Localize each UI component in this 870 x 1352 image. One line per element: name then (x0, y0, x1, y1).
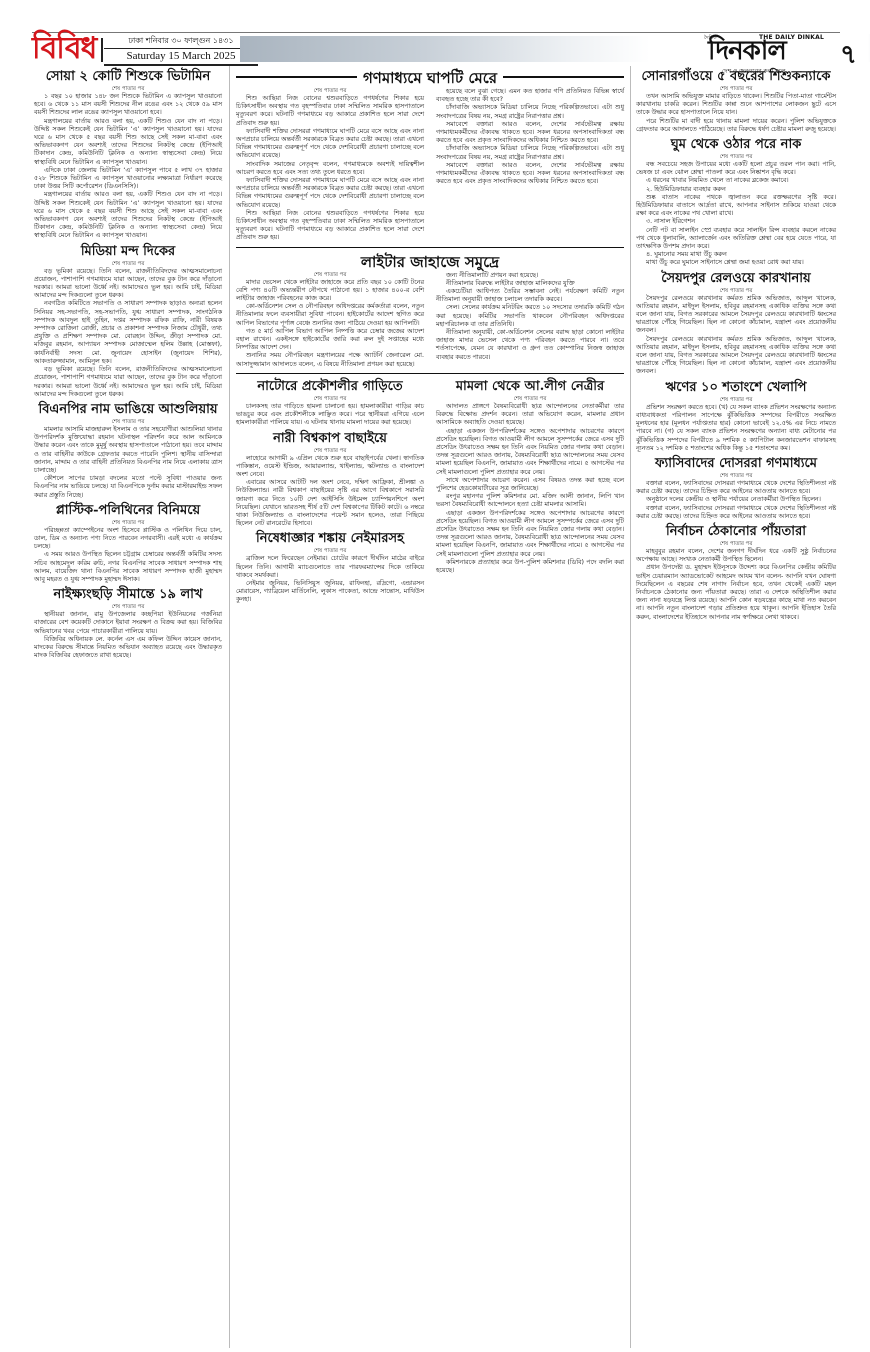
paragraph: নেটি পট বা সালাইন স্প্রে ব্যবহার করে সাল… (636, 227, 836, 252)
article-headline: নারী বিশ্বকাপ বাছাইয়ে (236, 430, 424, 448)
paragraph: নেইমার জুনিয়র, ভিনিসিয়ুস জুনিয়র, রাফি… (236, 580, 424, 605)
article-headline: বিএনপির নাম ভাঙিয়ে আশুলিয়ায় (34, 401, 222, 419)
article-headline: নিষেধাজ্ঞার শঙ্কায় নেইমারসহ (236, 530, 424, 548)
continued-label: শেষ পাতার পর (34, 261, 222, 268)
column-divider (630, 66, 631, 1348)
article-body: আদালত প্রাঙ্গণে বৈষম্যবিরোধী ছাত্র আন্দো… (436, 403, 624, 575)
paragraph: মাহবুবুর রহমান বলেন, দেশের জনগণ দীর্ঘদিন… (636, 548, 836, 564)
paragraph: সৈয়দপুর রেলওয়ে কারখানায় কর্মরত শ্রমিক… (636, 336, 836, 377)
article-sonargaon: সোনারগাঁওয়ে ৫ বছরের শিশুকন্যাকে শেষ পাত… (636, 68, 836, 134)
article-body: স্থানীয়রা জানান, রামু উপজেলার কচ্ছপিয়া… (34, 611, 222, 660)
article-loan-default: ঋণের ১০ শতাংশে খেলাপি শেষ পাতার পর প্রভি… (636, 379, 836, 453)
left-column: সোয়া ২ কোটি শিশুকে ভিটামিন শেষ পাতার পর… (34, 66, 222, 660)
article-body: মামলার আসামি মাজহারুল ইসলাম ও তার সহযোগী… (34, 426, 222, 500)
article-plastic: প্লাস্টিক-পলিথিনের বিনিময়ে শেষ পাতার পর… (34, 502, 222, 584)
article-headline: ফ্যাসিবাদের দোসররা গণমাধ্যমে (636, 455, 836, 473)
paragraph: সেল। সেলের কার্যক্রম মনিটরিং করতে ১০ সদস… (436, 304, 624, 329)
article-vitamin: সোয়া ২ কোটি শিশুকে ভিটামিন শেষ পাতার পর… (34, 68, 222, 241)
section-logo: বিবিধ (32, 34, 96, 64)
paragraph: কো-অর্ডিনেশন সেল ও নৌপরিবহন অধিদপ্তরের ক… (236, 303, 424, 328)
subheading: ৩. নাসাল ইরিগেশন (636, 218, 836, 226)
article-media-infiltration: গণমাধ্যমে ঘাপটি মেরে শেষ পাতার পর শিশু আ… (236, 66, 624, 243)
article-headline: মামলা থেকে আ.লীগ নেত্রীর (436, 378, 624, 396)
paragraph: সাংবাদিক সমাজের নেতৃবৃন্দ বলেন, গণমাধ্যম… (236, 161, 424, 177)
paragraph: ব্রাজিল দলে ফিরেছেন নেইমার। চোটের কারণে … (236, 555, 424, 580)
continued-label: শেষ পাতার পর (34, 86, 222, 93)
page-number: ৭ (840, 34, 857, 78)
headline-rule (503, 76, 624, 78)
article-nasal-congestion: ঘুম থেকে ওঠার পরে নাক শেষ পাতার পর বন্ধ … (636, 136, 836, 268)
paragraph: পরে শিশুটির মা বাদী হয়ে থানায় মামলা দা… (636, 118, 836, 134)
paragraph: সাথে অপেশাদার আচরণ করেন। এসব বিষয়ও তদন্… (436, 477, 624, 493)
paragraph: মন্ত্রণালয়ের বার্তায় আরও বলা হয়, একটি… (34, 191, 222, 240)
continued-label: শেষ পাতার পর (236, 396, 424, 403)
column-divider (229, 66, 230, 1348)
article-media: মিডিয়া মন্দ দিকের শেষ পাতার পর বড় ভূমি… (34, 243, 222, 399)
continued-label: শেষ পাতার পর (636, 541, 836, 548)
paragraph: মাদার ভেসেল থেকে লাইটার জাহাজে করে প্রতি… (236, 279, 424, 304)
continued-label: শেষ পাতার পর (34, 419, 222, 426)
paragraph: চালকসহ তার গাড়িতে হামলা চালানো হয়। হাম… (236, 403, 424, 428)
article-headline: ঋণের ১০ শতাংশে খেলাপি (636, 379, 836, 397)
article-columns: শেষ পাতার পর শিশু আছিয়া নিজ বোনের শ্বশু… (236, 88, 624, 243)
brand-name: দিনকাল (708, 39, 786, 63)
paragraph: প্রধান উপদেষ্টা ড. মুহাম্মদ ইউনূসকে উদ্দ… (636, 564, 836, 621)
paragraph: মন্ত্রণালয়ের বার্তায় আরও বলা হয়, একটি… (34, 118, 222, 167)
paragraph: কমিশনারকে প্রত্যাহার করে উপ-পুলিশ কমিশনা… (436, 559, 624, 575)
article-body-left: শেষ পাতার পর মাদার ভেসেল থেকে লাইটার জাহ… (236, 272, 424, 369)
lower-articles: নাটোরে প্রকৌশলীর গাড়িতে শেষ পাতার পর চা… (236, 373, 624, 605)
lower-left-stack: নাটোরে প্রকৌশলীর গাড়িতে শেষ পাতার পর চা… (236, 376, 424, 605)
continued-label: শেষ পাতার পর (636, 397, 836, 404)
article-body: লাহোরে আগামী ৯ এপ্রিল থেকে শুরু হবে বাছা… (236, 455, 424, 529)
paragraph: মামলার আসামি মাজহারুল ইসলাম ও তার সহযোগী… (34, 426, 222, 475)
paragraph: সৈয়দপুর রেলওয়ে কারখানায় কর্মরত শ্রমিক… (636, 295, 836, 336)
article-women-worldcup: নারী বিশ্বকাপ বাছাইয়ে শেষ পাতার পর লাহো… (236, 430, 424, 529)
paragraph: শুনানির সময় নৌপরিবহন মন্ত্রণালয়ের পক্ষ… (236, 352, 424, 368)
article-awami-league-leader: মামলা থেকে আ.লীগ নেত্রীর শেষ পাতার পর আদ… (436, 378, 624, 575)
logo-separator (101, 38, 103, 62)
article-lighter-ship: লাইটার জাহাজে সমুদ্রে শেষ পাতার পর মাদার… (236, 247, 624, 369)
paragraph: পরিচ্ছন্নতা ক্যাম্পেইনের অংশ হিসেবে প্লা… (34, 527, 222, 552)
article-columns: শেষ পাতার পর মাদার ভেসেল থেকে লাইটার জাহ… (236, 272, 624, 369)
article-body: চালকসহ তার গাড়িতে হামলা চালানো হয়। হাম… (236, 403, 424, 428)
paragraph: আদালত প্রাঙ্গণে বৈষম্যবিরোধী ছাত্র আন্দো… (436, 403, 624, 428)
paragraph: তখন আসামি অভিযুক্ত মামার বাড়িতে থাকেন। … (636, 93, 836, 118)
paragraph: এবারের আসরে আটটি দল অংশ নেবে, দক্ষিণ আফ্… (236, 479, 424, 528)
article-body: মাহবুবুর রহমান বলেন, দেশের জনগণ দীর্ঘদিন… (636, 548, 836, 622)
article-headline: গণমাধ্যমে ঘাপটি মেরে (363, 68, 497, 88)
paragraph: এ ধরনের খাবার নিয়মিত খেলে তা নাকের ব্লক… (636, 177, 836, 185)
article-natore: নাটোরে প্রকৌশলীর গাড়িতে শেষ পাতার পর চা… (236, 378, 424, 428)
continued-label: শেষ পাতার পর (236, 272, 424, 279)
article-headline: সোয়া ২ কোটি শিশুকে ভিটামিন (34, 68, 222, 86)
continued-label: শেষ পাতার পর (636, 154, 836, 161)
paragraph: কৌশলে সাপের চামড়া বদলের মতো পল্টে সুবিধ… (34, 475, 222, 500)
continued-label: শেষ পাতার পর (236, 88, 424, 95)
paragraph: অনুষ্ঠানে দলের কেন্দ্রীয় ও স্থানীয় পর্… (636, 496, 836, 504)
paragraph: বক্তারা বলেন, ফ্যাসিবাদের দোসররা গণমাধ্য… (636, 480, 836, 496)
paragraph: সমাবেশে বক্তারা আরও বলেন, দেশের সার্বভৌম… (436, 162, 624, 187)
article-neymar: নিষেধাজ্ঞার শঙ্কায় নেইমারসহ শেষ পাতার প… (236, 530, 424, 604)
paragraph: বড় ভূমিকা রয়েছে। তিনি বলেন, রাজনীতিবিদ… (34, 366, 222, 399)
paragraph: শিশু আছিয়া নিজ বোনের শ্বশুরবাড়িতে গণধর… (236, 210, 424, 243)
article-body: বক্তারা বলেন, ফ্যাসিবাদের দোসররা গণমাধ্য… (636, 480, 836, 521)
paragraph: মাথা উঁচু করে ঘুমালে সাইনাসে শ্লেষ্মা জম… (636, 259, 836, 267)
paragraph: বিজিবির অধিনায়ক লে. কর্নেল এস এম কফিল উ… (34, 636, 222, 661)
article-body: সৈয়দপুর রেলওয়ে কারখানায় কর্মরত শ্রমিক… (636, 295, 836, 377)
continued-label: শেষ পাতার পর (436, 396, 624, 403)
date-english: Saturday 15 March 2025 (104, 49, 258, 66)
article-body: বন্ধ সবচেয়ে সহজ উপায়ের মধ্যে একটি হলো … (636, 161, 836, 268)
article-body: বড় ভূমিকা রয়েছে। তিনি বলেন, রাজনীতিবিদ… (34, 268, 222, 399)
continued-label: শেষ পাতার পর (636, 473, 836, 480)
header-gradient-bar (240, 36, 650, 62)
paragraph: এদিকে ঢাকা জেলায় ভিটামিন ‘এ’ ক্যাপসুল প… (34, 167, 222, 192)
date-bengali: ঢাকা শনিবার ৩০ ফাল্গুন ১৪৩১ (104, 36, 258, 49)
headline-with-rules: গণমাধ্যমে ঘাপটি মেরে (236, 66, 624, 88)
article-ashulia: বিএনপির নাম ভাঙিয়ে আশুলিয়ায় শেষ পাতার… (34, 401, 222, 500)
article-body-right: হয়েছে বলে বুঝা গেছে। এমন কত হাজার গণি প… (436, 88, 624, 243)
paragraph: এছাড়া একজন উপপরিদর্শকের সঙ্গেও অপেশাদার… (436, 428, 624, 477)
article-saidpur-railway: সৈয়দপুর রেলওয়ে কারখানায় শেষ পাতার পর … (636, 270, 836, 377)
paragraph: শিশু আছিয়া নিজ বোনের শ্বশুরবাড়িতে গণধর… (236, 95, 424, 128)
continued-label: শেষ পাতার পর (636, 86, 836, 93)
paragraph: প্রভিশন সংরক্ষণ করতে হবে। (খ) যে সকল ব্য… (636, 404, 836, 453)
article-headline: নাইক্ষ্যংছড়ি সীমান্তে ১৯ লাখ (34, 586, 222, 604)
subheading: ২. হিউমিডিফায়ার ব্যবহার করুন (636, 186, 836, 194)
continued-label: শেষ পাতার পর (636, 288, 836, 295)
date-block: ঢাকা শনিবার ৩০ ফাল্গুন ১৪৩১ Saturday 15 … (104, 36, 258, 66)
article-headline: মিডিয়া মন্দ দিকের (34, 243, 222, 261)
paragraph: রংপুর মহানগর পুলিশ কমিশনার মো. মজিদ আলী … (436, 493, 624, 509)
article-headline: নাটোরে প্রকৌশলীর গাড়িতে (236, 378, 424, 396)
paragraph: নবগঠিত কমিটিতে সভাপতি ও সাধারণ সম্পাদক ছ… (34, 300, 222, 366)
article-election-obstruction: নির্বাচন ঠেকানোর পাঁয়তারা শেষ পাতার পর … (636, 523, 836, 622)
paragraph: স্থানীয়রা জানান, রামু উপজেলার কচ্ছপিয়া… (34, 611, 222, 636)
paragraph: এছাড়া একজন উপপরিদর্শকের সঙ্গেও অপেশাদার… (436, 510, 624, 559)
paragraph: সমাবেশে বক্তারা আরও বলেন, দেশের সার্বভৌম… (436, 121, 624, 146)
article-headline: প্লাস্টিক-পলিথিনের বিনিময়ে (34, 502, 222, 520)
paragraph: নীতিমালা অনুযায়ী, কো-অর্ডিনেশন সেলের বর… (436, 329, 624, 362)
article-headline: সৈয়দপুর রেলওয়ে কারখানায় (636, 270, 836, 288)
paragraph: একচেটিয়া আধিপত্য তৈরির সম্ভাবনা নেই। পর… (436, 288, 624, 304)
article-fascist-accomplices: ফ্যাসিবাদের দোসররা গণমাধ্যমে শেষ পাতার প… (636, 455, 836, 521)
paragraph: বক্তারা বলেন, ফ্যাসিবাদের দোসররা গণমাধ্য… (636, 505, 836, 521)
article-body: তখন আসামি অভিযুক্ত মামার বাড়িতে থাকেন। … (636, 93, 836, 134)
paragraph: নীতিমালার বিরুদ্ধে লাইটার জাহাজ মালিকদের… (436, 280, 624, 288)
paragraph: চাঁদাবাজি অভ্যাসকে মিডিয়া চালিয়ে নিচ্ছ… (436, 104, 624, 120)
paragraph: ফ্যাসিবাদী শক্তির দোসররা গণমাধ্যমে ঘাপটি… (236, 177, 424, 210)
paragraph: চাঁদাবাজি অভ্যাসকে মিডিয়া চালিয়ে নিচ্ছ… (436, 145, 624, 161)
lower-right-stack: মামলা থেকে আ.লীগ নেত্রীর শেষ পাতার পর আদ… (436, 376, 624, 605)
masthead: বিবিধ ঢাকা শনিবার ৩০ ফাল্গুন ১৪৩১ Saturd… (32, 0, 870, 62)
article-body: ১ বছর ১০ হাজার ১৪৮ জন শিশুকে ভিটামিন এ ক… (34, 93, 222, 241)
paragraph: ফ্যাসিবাদী শক্তির দোসররা গণমাধ্যমে ঘাপটি… (236, 128, 424, 161)
paragraph: জন্য নীতিমালাটি প্রণয়ন করা হয়েছে। (436, 272, 624, 280)
article-body-right: জন্য নীতিমালাটি প্রণয়ন করা হয়েছে। নীতি… (436, 272, 624, 369)
article-body: ব্রাজিল দলে ফিরেছেন নেইমার। চোটের কারণে … (236, 555, 424, 604)
paragraph: ১ বছর ১০ হাজার ১৪৮ জন শিশুকে ভিটামিন এ ক… (34, 93, 222, 118)
continued-label: শেষ পাতার পর (236, 448, 424, 455)
paragraph: বড় ভূমিকা রয়েছে। তিনি বলেন, রাজনীতিবিদ… (34, 268, 222, 301)
article-headline: নির্বাচন ঠেকানোর পাঁয়তারা (636, 523, 836, 541)
paragraph: হয়েছে বলে বুঝা গেছে। এমন কত হাজার গণি প… (436, 88, 624, 104)
right-column: সোনারগাঁওয়ে ৫ বছরের শিশুকন্যাকে শেষ পাত… (636, 66, 836, 622)
article-headline: লাইটার জাহাজে সমুদ্রে (236, 252, 624, 272)
paragraph: লাহোরে আগামী ৯ এপ্রিল থেকে শুরু হবে বাছা… (236, 455, 424, 480)
continued-label: শেষ পাতার পর (34, 520, 222, 527)
article-headline: সোনারগাঁওয়ে ৫ বছরের শিশুকন্যাকে (636, 68, 836, 86)
article-body: প্রভিশন সংরক্ষণ করতে হবে। (খ) যে সকল ব্য… (636, 404, 836, 453)
paragraph: গত ৫ মার্চ আপিল বিভাগ আপিল নিষ্পত্তি করে… (236, 328, 424, 353)
article-body-left: শেষ পাতার পর শিশু আছিয়া নিজ বোনের শ্বশু… (236, 88, 424, 243)
newspaper-brand: দৈনিক THE DAILY DINKAL দিনকাল দেশ ও জনগণ… (704, 33, 824, 67)
headline-rule (236, 76, 357, 78)
paragraph: এ সময় আরও উপস্থিত ছিলেন চট্টগ্রাম চেম্ব… (34, 551, 222, 584)
article-headline: ঘুম থেকে ওঠার পরে নাক (636, 136, 836, 154)
article-body: পরিচ্ছন্নতা ক্যাম্পেইনের অংশ হিসেবে প্লা… (34, 527, 222, 584)
paragraph: শুষ্ক বাতাস নাকের পথকে জ্বালাতন করে রক্ত… (636, 194, 836, 219)
paragraph: বন্ধ সবচেয়ে সহজ উপায়ের মধ্যে একটি হলো … (636, 161, 836, 177)
article-naikhongchhari: নাইক্ষ্যংছড়ি সীমান্তে ১৯ লাখ শেষ পাতার … (34, 586, 222, 660)
middle-column: গণমাধ্যমে ঘাপটি মেরে শেষ পাতার পর শিশু আ… (236, 66, 624, 605)
